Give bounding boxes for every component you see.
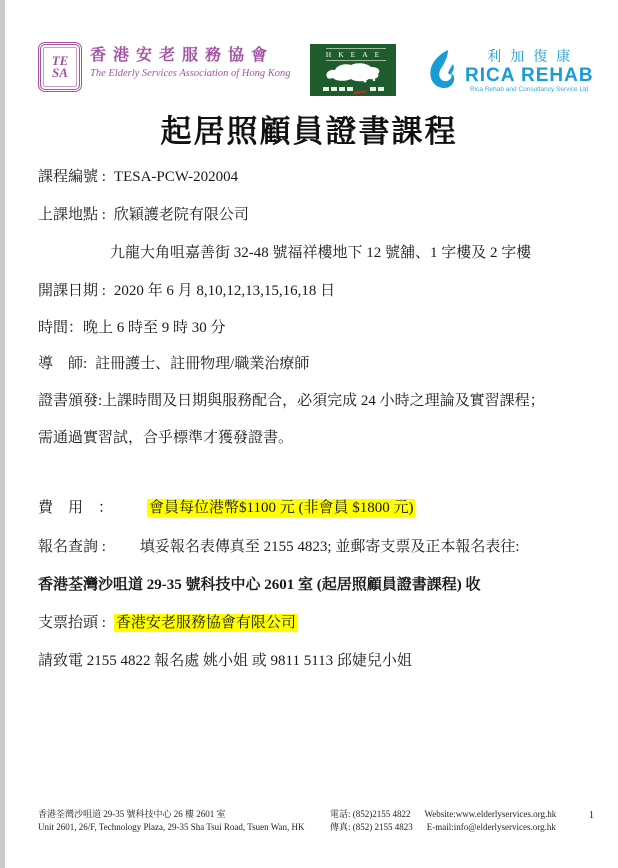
- start-date-label: 開課日期 :: [38, 279, 106, 300]
- venue-line: 上課地點 :欣穎護老院有限公司: [38, 203, 598, 224]
- rica-subtitle: Rica Rehab and Consultancy Service Ltd: [470, 86, 589, 93]
- venue-address-line: 九龍大角咀嘉善街 32-48 號福祥樓地下 12 號舖、1 字樓及 2 字樓: [110, 241, 598, 262]
- tutor-value: 註冊護士、註冊物理/職業治療師: [95, 356, 309, 372]
- tutor-label: 導 師:: [38, 352, 87, 373]
- hkeae-footer-marks: [323, 85, 384, 93]
- course-code-line: 課程編號 :TESA-PCW-202004: [38, 165, 598, 186]
- footer: 香港荃灣沙咀道 29-35 號科技中心 26 樓 2601 室 Unit 260…: [38, 808, 602, 834]
- certificate-line-2: 需通過實習試，合乎標準才獲發證書。: [38, 426, 598, 447]
- footer-fax: 傳真: (852) 2155 4823: [330, 821, 413, 834]
- venue-address: 九龍大角咀嘉善街 32-48 號福祥樓地下 12 號舖、1 字樓及 2 字樓: [110, 245, 531, 261]
- tesa-seal-bottom: SA: [52, 67, 68, 79]
- document-page: TE SA 香港安老服務協會 The Elderly Services Asso…: [0, 0, 618, 868]
- venue-label: 上課地點 :: [38, 203, 106, 224]
- rica-english-name: RICA REHAB: [465, 66, 594, 86]
- mail-address-line: 香港荃灣沙咀道 29-35 號科技中心 2601 室 (起居照顧員證書課程) 收: [38, 573, 598, 594]
- hkeae-logo: HKEAE: [310, 44, 396, 96]
- start-date-line: 開課日期 :2020 年 6 月 8,10,12,13,15,16,18 日: [38, 279, 598, 300]
- contact-line: 請致電 2155 4822 報名處 姚小姐 或 9811 5113 邱婕兒小姐: [38, 649, 598, 670]
- footer-address-block: 香港荃灣沙咀道 29-35 號科技中心 26 樓 2601 室 Unit 260…: [38, 808, 330, 834]
- tesa-logo: TE SA 香港安老服務協會 The Elderly Services Asso…: [38, 42, 290, 92]
- mail-address: 香港荃灣沙咀道 29-35 號科技中心 2601 室 (起居照顧員證書課程) 收: [38, 577, 481, 593]
- cheque-label: 支票抬頭 :: [38, 611, 106, 632]
- tutor-line: 導 師:註冊護士、註冊物理/職業治療師: [38, 352, 598, 373]
- rica-chinese-name: 利加復康: [487, 46, 579, 66]
- course-code-value: TESA-PCW-202004: [114, 169, 238, 185]
- page-title: 起居照顧員證書課程: [0, 106, 618, 151]
- footer-address-en: Unit 2601, 26/F, Technology Plaza, 29-35…: [38, 821, 330, 834]
- tesa-english-name: The Elderly Services Association of Hong…: [90, 68, 290, 79]
- start-date-value: 2020 年 6 月 8,10,12,13,15,16,18 日: [114, 283, 335, 299]
- tesa-chinese-name: 香港安老服務協會: [90, 42, 290, 65]
- rica-swoosh-icon: [426, 48, 458, 92]
- fee-line: 費 用 ：會員每位港幣$1100 元 (非會員 $1800 元): [38, 496, 598, 517]
- cheque-highlighted-payee: 香港安老服務協會有限公司: [114, 614, 298, 632]
- venue-value: 欣穎護老院有限公司: [114, 207, 249, 223]
- time-value: 晚上 6 時至 9 時 30 分: [83, 320, 226, 336]
- enquiry-label: 報名查詢 :: [38, 535, 106, 556]
- rica-rehab-logo: 利加復康 RICA REHAB Rica Rehab and Consultan…: [426, 46, 594, 93]
- certificate-line-1: 證書頒發:上課時間及日期與服務配合，必須完成 24 小時之理論及實習課程；: [38, 389, 598, 410]
- hkeae-acronym: HKEAE: [326, 48, 386, 61]
- time-label: 時間：: [38, 316, 83, 337]
- time-line: 時間：晚上 6 時至 9 時 30 分: [38, 316, 598, 337]
- rica-text: 利加復康 RICA REHAB Rica Rehab and Consultan…: [465, 46, 594, 93]
- fee-label: 費 用 ：: [38, 496, 113, 517]
- logo-row: TE SA 香港安老服務協會 The Elderly Services Asso…: [38, 40, 598, 102]
- footer-website: Website:www.elderlyservices.org.hk: [425, 808, 557, 821]
- tesa-seal-icon: TE SA: [38, 42, 82, 92]
- cheque-line: 支票抬頭 :香港安老服務協會有限公司: [38, 611, 598, 632]
- contact-text: 請致電 2155 4822 報名處 姚小姐 或 9811 5113 邱婕兒小姐: [38, 653, 412, 669]
- course-code-label: 課程編號 :: [38, 165, 106, 186]
- enquiry-line: 報名查詢 :填妥報名表傳真至 2155 4823; 並郵寄支票及正本報名表往:: [38, 535, 598, 556]
- certificate-text-1: 證書頒發:上課時間及日期與服務配合，必須完成 24 小時之理論及實習課程；: [38, 393, 545, 409]
- footer-address-zh: 香港荃灣沙咀道 29-35 號科技中心 26 樓 2601 室: [38, 808, 330, 821]
- hkeae-red-signature-mark: [353, 84, 369, 94]
- footer-email: E-mail:info@elderlyservices.org.hk: [427, 821, 556, 834]
- fee-highlighted-value: 會員每位港幣$1100 元 (非會員 $1800 元): [147, 499, 415, 517]
- hkeae-map-icon: [321, 61, 385, 85]
- enquiry-value: 填妥報名表傳真至 2155 4823; 並郵寄支票及正本報名表往:: [140, 539, 520, 555]
- page-number: 1: [589, 810, 594, 821]
- certificate-text-2: 需通過實習試，合乎標準才獲發證書。: [38, 430, 293, 446]
- footer-tel: 電話: (852)2155 4822: [330, 808, 411, 821]
- tesa-text: 香港安老服務協會 The Elderly Services Associatio…: [90, 42, 290, 79]
- footer-contact-block: 電話: (852)2155 4822 Website:www.elderlyse…: [330, 808, 556, 834]
